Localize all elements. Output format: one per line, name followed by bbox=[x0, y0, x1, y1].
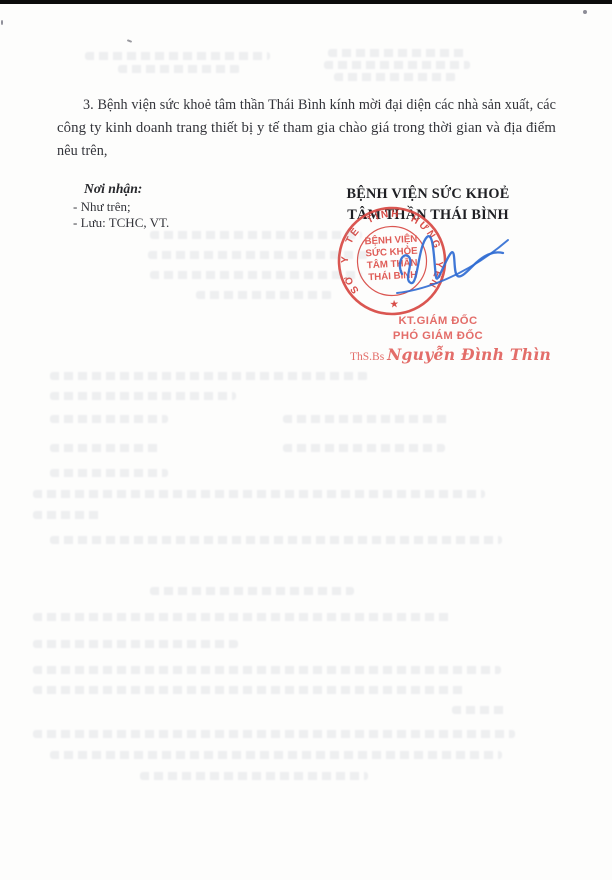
bleed-through-line bbox=[33, 730, 515, 738]
scan-speck bbox=[1, 20, 3, 25]
paragraph-line-text: 3. Bệnh viện sức khoẻ tâm thần Thái Bình… bbox=[83, 94, 556, 117]
scan-speck bbox=[127, 39, 132, 43]
bleed-through-line bbox=[50, 536, 502, 544]
bleed-through-line bbox=[50, 469, 168, 477]
scan-edge-bar bbox=[0, 0, 612, 4]
bleed-through-line bbox=[33, 490, 485, 498]
scanned-letter-page: 3. Bệnh viện sức khoẻ tâm thần Thái Bình… bbox=[0, 0, 612, 880]
bleed-through-line bbox=[50, 415, 168, 423]
handwritten-signature bbox=[390, 220, 523, 302]
bleed-through-line bbox=[328, 49, 466, 57]
bleed-through-line bbox=[85, 52, 270, 60]
bleed-through-line bbox=[50, 372, 368, 380]
signer-title-kt: KT.GIÁM ĐỐC bbox=[350, 314, 526, 329]
bleed-through-line bbox=[33, 613, 453, 621]
bleed-through-line bbox=[150, 587, 354, 595]
recipient-item: - Như trên; bbox=[73, 199, 131, 215]
body-paragraph: 3. Bệnh viện sức khoẻ tâm thần Thái Bình… bbox=[57, 94, 556, 163]
bleed-through-line bbox=[140, 772, 368, 780]
bleed-through-line bbox=[334, 73, 456, 81]
bleed-through-line bbox=[148, 251, 368, 259]
signer-degree-prefix: ThS.Bs bbox=[350, 351, 384, 363]
bleed-through-line bbox=[118, 65, 240, 73]
bleed-through-line bbox=[196, 291, 332, 299]
bleed-through-line bbox=[150, 271, 362, 279]
paragraph-line: 3. Bệnh viện sức khoẻ tâm thần Thái Bình… bbox=[57, 94, 556, 117]
bleed-through-line bbox=[33, 511, 103, 519]
bleed-through-line bbox=[324, 61, 470, 69]
bleed-through-line bbox=[283, 415, 451, 423]
bleed-through-line bbox=[50, 392, 236, 400]
paragraph-line-text: nêu trên, bbox=[57, 143, 108, 159]
signer-name-line: ThS.Bs Nguyễn Đình Thìn bbox=[350, 345, 526, 364]
bleed-through-line bbox=[50, 444, 162, 452]
bleed-through-line bbox=[452, 706, 508, 714]
recipient-item: - Lưu: TCHC, VT. bbox=[73, 215, 169, 231]
recipients-heading: Nơi nhận: bbox=[84, 181, 142, 197]
signer-title-pho: PHÓ GIÁM ĐỐC bbox=[350, 329, 526, 344]
paragraph-line-text: công ty kinh doanh trang thiết bị y tế t… bbox=[57, 117, 556, 140]
bleed-through-line bbox=[33, 640, 238, 648]
bleed-through-line bbox=[50, 751, 502, 759]
paragraph-line: công ty kinh doanh trang thiết bị y tế t… bbox=[57, 117, 556, 140]
signature-block: KT.GIÁM ĐỐC PHÓ GIÁM ĐỐC ThS.Bs Nguyễn Đ… bbox=[350, 314, 526, 364]
scan-speck bbox=[583, 10, 587, 14]
signer-name: Nguyễn Đình Thìn bbox=[387, 345, 551, 364]
bleed-through-line bbox=[150, 231, 362, 239]
signature-flourish-stroke bbox=[397, 240, 508, 293]
bleed-through-line bbox=[283, 444, 445, 452]
bleed-through-line bbox=[33, 666, 501, 674]
paragraph-line: nêu trên, bbox=[57, 140, 556, 163]
bleed-through-line bbox=[33, 686, 467, 694]
